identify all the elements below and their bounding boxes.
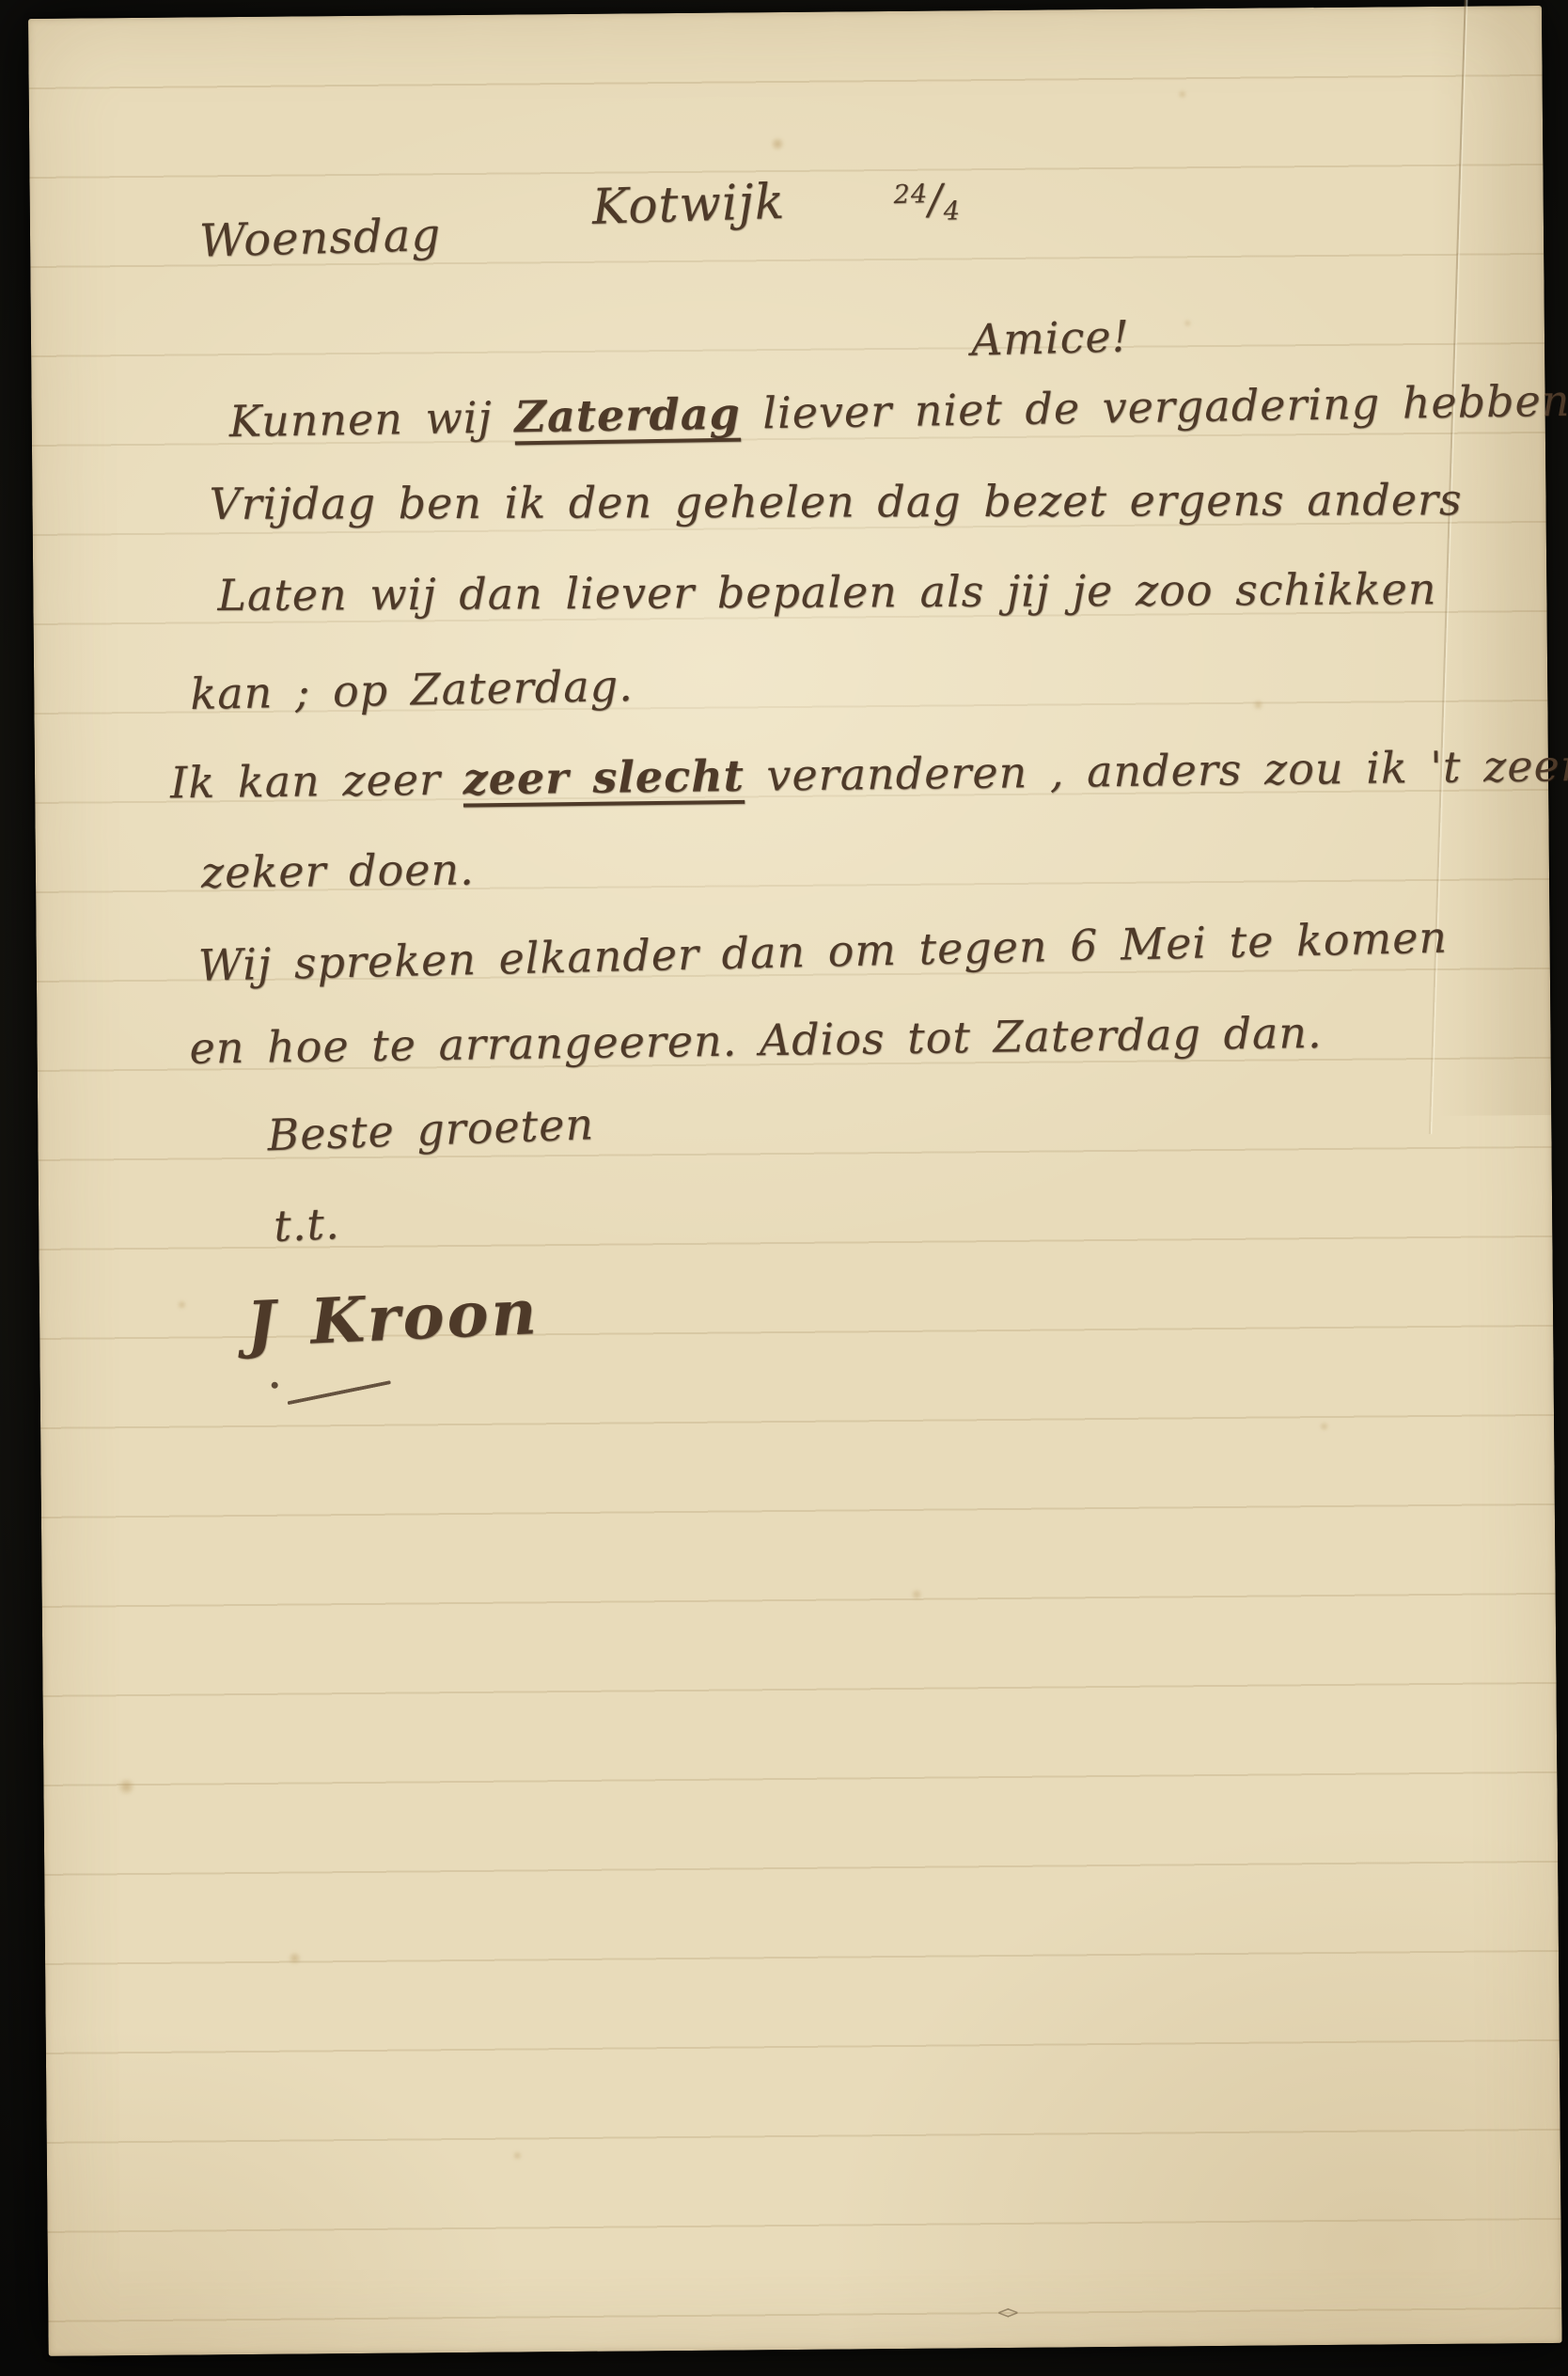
foxing-spot [117,1778,135,1795]
foxing-spot [911,1589,923,1600]
heading-place-date: Kotwijk 24/4 [591,168,961,236]
foxing-spot [177,1300,187,1310]
body-line: kan ; op Zaterdag. [190,660,634,719]
heading-date: 24/4 [893,175,961,225]
body-line: Laten wij dan liever bepalen als jij je … [217,563,1436,621]
paper-bottom-mark: <> [997,2301,1016,2323]
salutation: Amice! [970,310,1130,365]
foxing-spot [288,1952,302,1965]
body-line: zeker doen. [201,843,475,898]
foxing-spot [1252,700,1263,711]
closing-greeting: Beste groeten [266,1098,594,1160]
foxing-spot [1178,89,1187,99]
body-line: Wij spreken elkander dan om tegen 6 Mei … [197,912,1448,991]
foxing-spot [1184,319,1192,327]
closing-valediction: t.t. [273,1198,341,1251]
signature-flourish-dot [272,1382,278,1389]
signature: J Kroon [245,1275,541,1361]
signature-flourish [287,1380,391,1405]
underlined-word: Zaterdag [514,388,741,443]
letter-paper: Woensdag Kotwijk 24/4 Amice! Kunnen wij … [28,6,1562,2356]
body-line: Kunnen wij Zaterdag liever niet de verga… [228,375,1568,447]
body-line: Ik kan zeer zeer slecht veranderen , and… [170,740,1568,808]
body-line: en hoe te arrangeeren. Adios tot Zaterda… [189,1007,1323,1074]
foxing-spot [512,2150,523,2160]
heading-day: Woensdag [198,209,441,268]
underlined-word: zeer slecht [463,750,745,805]
heading-place: Kotwijk [591,174,786,236]
foxing-spot [1319,1422,1329,1431]
foxing-spot [770,137,785,150]
body-line: Vrijdag ben ik den gehelen dag bezet erg… [209,474,1462,529]
